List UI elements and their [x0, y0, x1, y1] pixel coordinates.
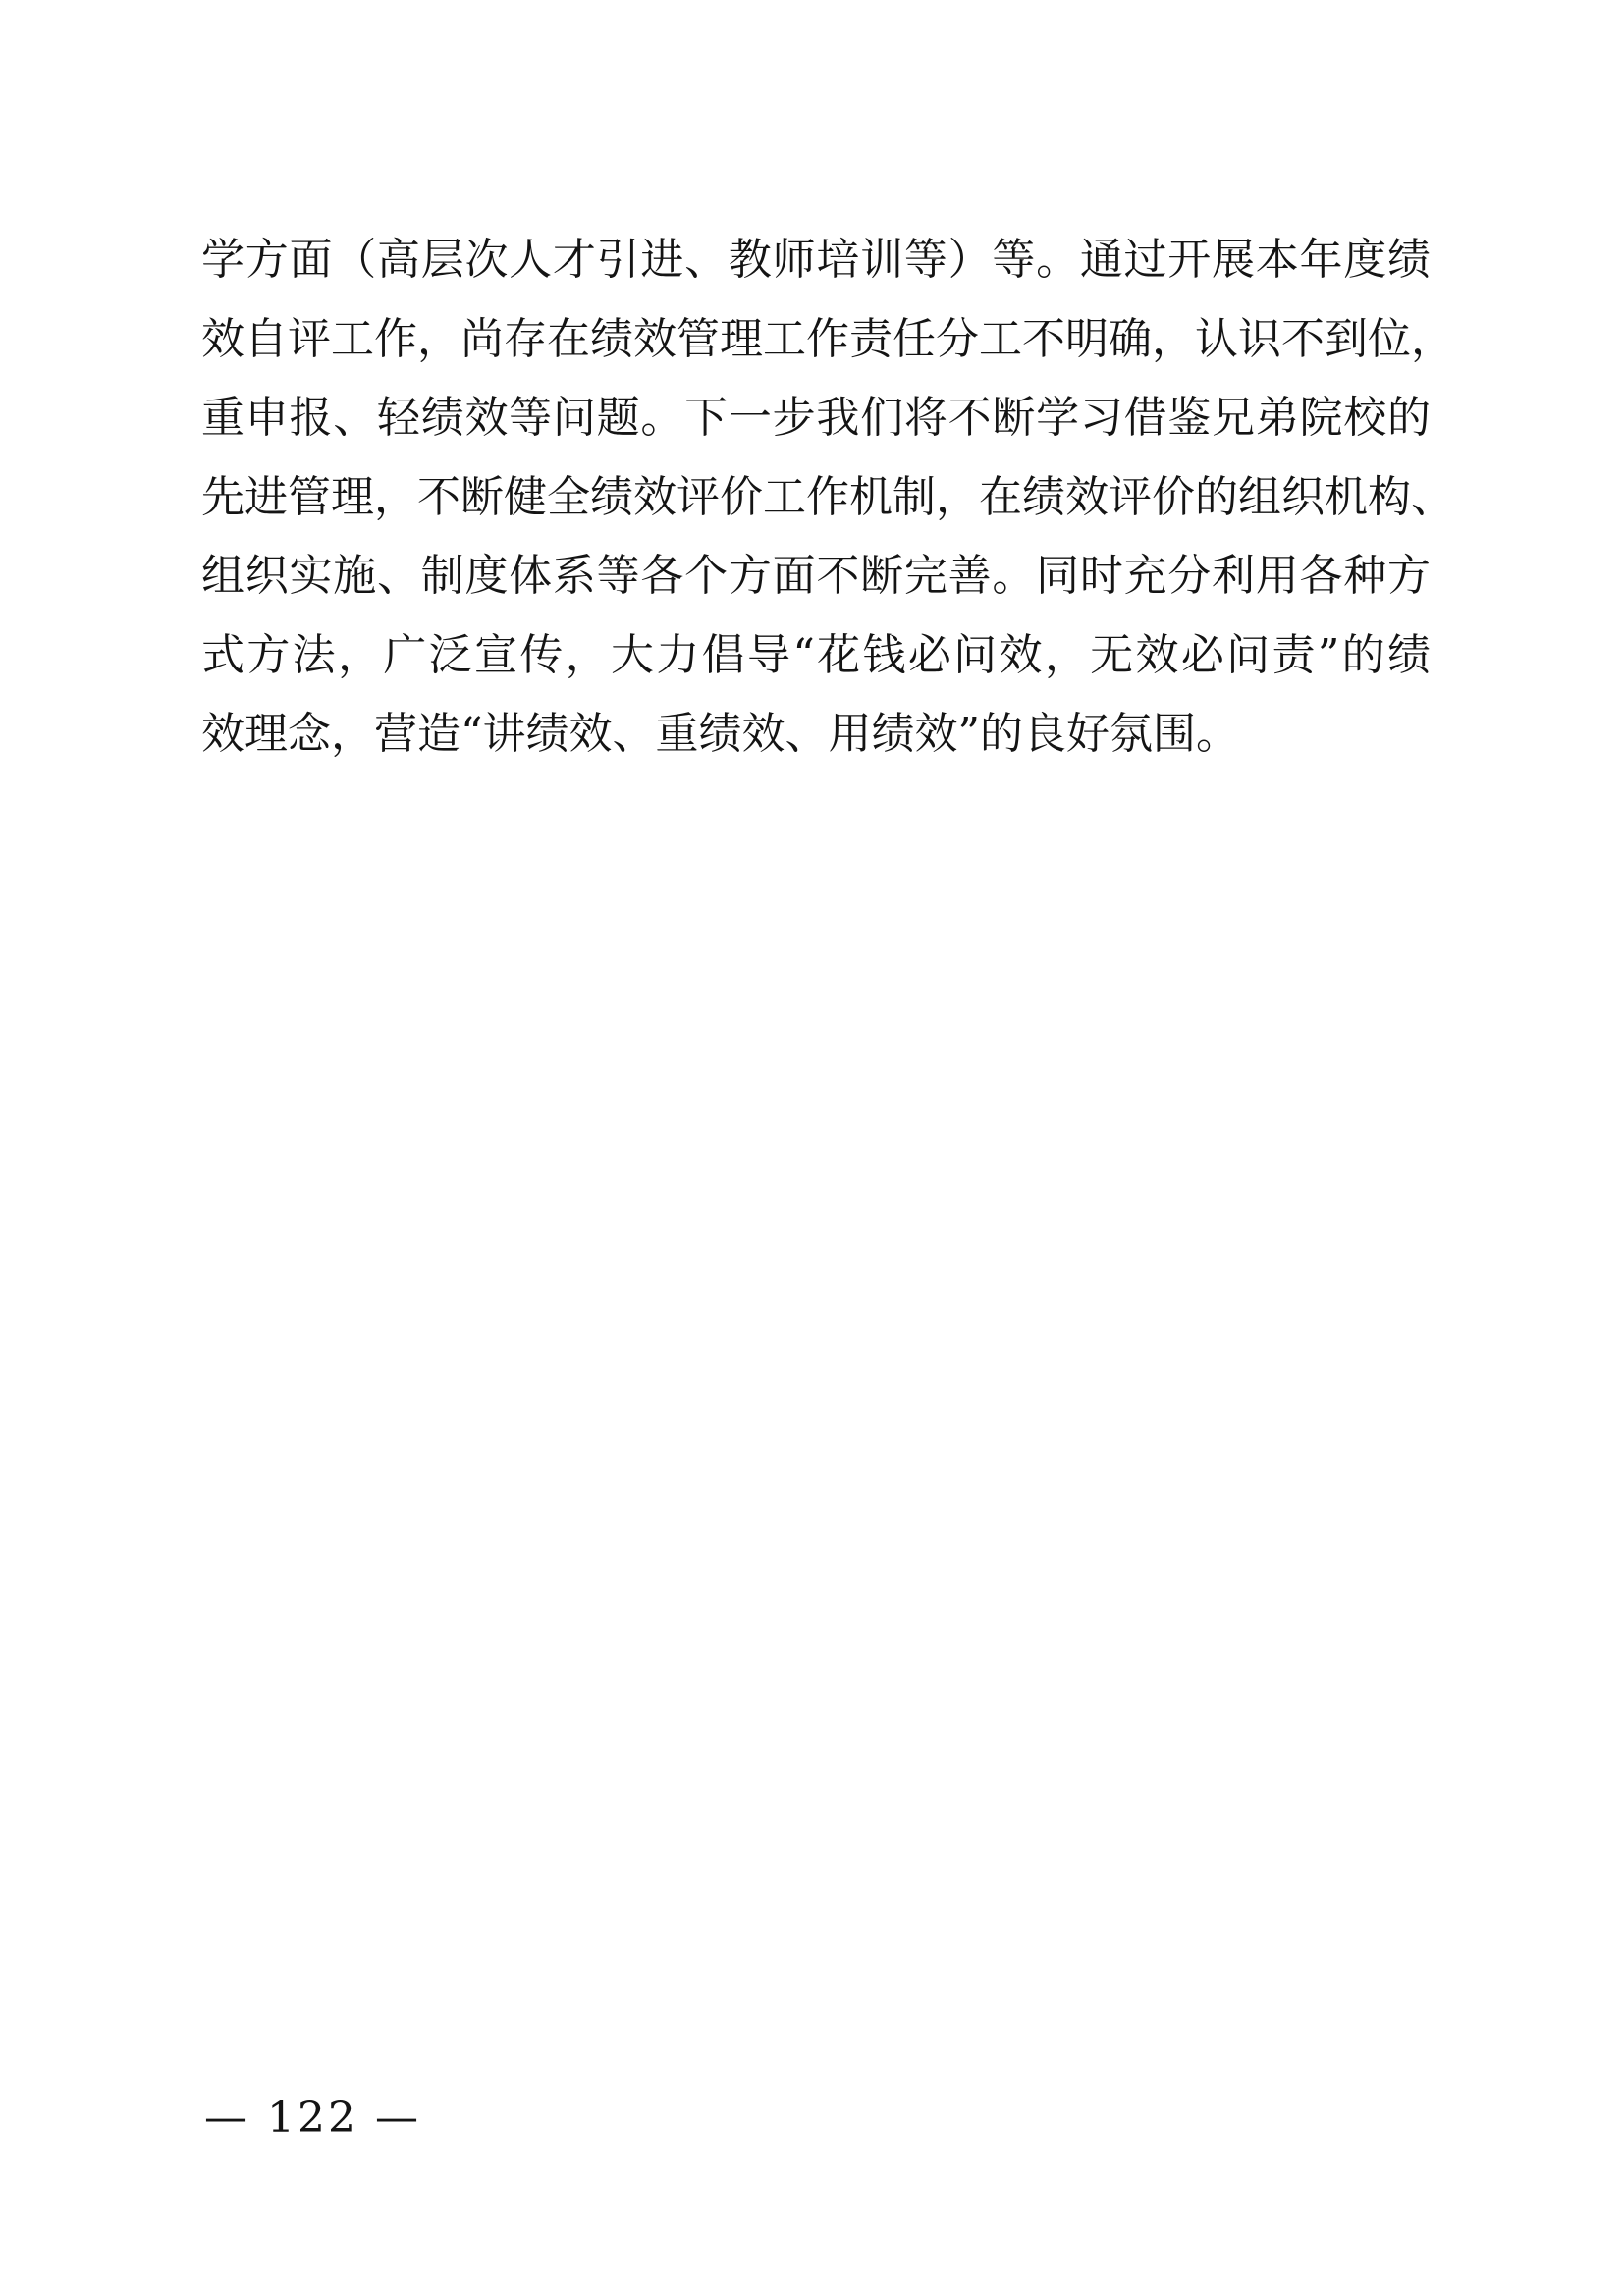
body-paragraph: 学方面（高层次人才引进、教师培训等）等。通过开展本年度绩 效自评工作，尚存在绩效… — [201, 221, 1431, 774]
paragraph-line-2: 效自评工作，尚存在绩效管理工作责任分工不明确，认识不到位， — [201, 300, 1431, 380]
paragraph-line-4: 先进管理，不断健全绩效评价工作机制，在绩效评价的组织机构、 — [201, 458, 1431, 538]
paragraph-line-6: 式方法，广泛宣传，大力倡导“花钱必问效，无效必问责”的绩 — [201, 616, 1431, 696]
page-number: — 122 — — [204, 2093, 421, 2144]
document-page: 学方面（高层次人才引进、教师培训等）等。通过开展本年度绩 效自评工作，尚存在绩效… — [0, 0, 1624, 2296]
paragraph-line-3: 重申报、轻绩效等问题。下一步我们将不断学习借鉴兄弟院校的 — [201, 379, 1431, 458]
paragraph-line-5: 组织实施、制度体系等各个方面不断完善。同时充分利用各种方 — [201, 537, 1431, 616]
paragraph-line-1: 学方面（高层次人才引进、教师培训等）等。通过开展本年度绩 — [201, 221, 1431, 300]
paragraph-line-7: 效理念，营造“讲绩效、重绩效、用绩效”的良好氛围。 — [201, 695, 1431, 774]
